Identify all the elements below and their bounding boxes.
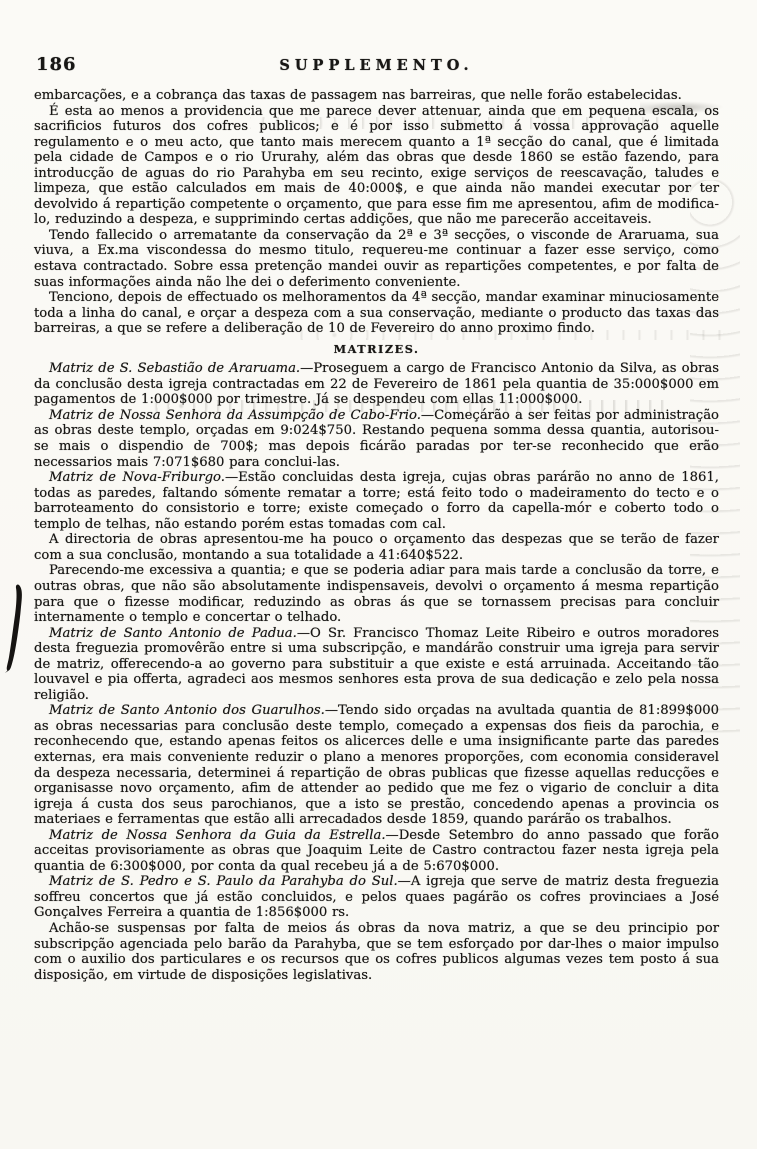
paragraph-text: —Tendo sido orçadas na avultada quantia … bbox=[34, 703, 719, 827]
matriz-title: Matriz de Santo Antonio dos Guarulhos. bbox=[49, 703, 325, 718]
paragraph: Matriz de Nova-Friburgo.—Estão concluida… bbox=[34, 470, 719, 532]
document-page: 186 SUPPLEMENTO. embarcações, e a cobran… bbox=[0, 0, 757, 1149]
paragraph-text: Parecendo-me excessiva a quantia; e que … bbox=[34, 563, 719, 625]
paragraph-text: É esta ao menos a providencia que me par… bbox=[34, 104, 719, 228]
paragraph: Matriz de Nossa Senhora da Assumpção de … bbox=[34, 408, 719, 470]
page-title: SUPPLEMENTO. bbox=[34, 57, 719, 74]
matriz-title: Matriz de Santo Antonio de Padua. bbox=[49, 626, 297, 641]
paragraph: Matriz de Santo Antonio dos Guarulhos.—T… bbox=[34, 703, 719, 827]
paragraph-text: embarcações, e a cobrança das taxas de p… bbox=[34, 88, 682, 103]
paragraph: Matriz de Nossa Senhora da Guia da Estre… bbox=[34, 828, 719, 875]
matriz-title: Matriz de S. Pedro e S. Paulo da Parahyb… bbox=[49, 874, 398, 889]
paragraph: A directoria de obras apresentou-me ha p… bbox=[34, 532, 719, 563]
paragraph: Tendo fallecido o arrematante da conserv… bbox=[34, 228, 719, 290]
scanned-document-page: { "page": { "number": "186", "header_tit… bbox=[0, 0, 757, 1149]
paragraph-text: Tendo fallecido o arrematante da conserv… bbox=[34, 228, 719, 290]
paragraph-text: Achão-se suspensas por falta de meios ás… bbox=[34, 921, 719, 983]
paragraph-text: Tenciono, depois de effectuado os melhor… bbox=[34, 290, 719, 336]
paragraph: Parecendo-me excessiva a quantia; e que … bbox=[34, 563, 719, 625]
paragraph: Tenciono, depois de effectuado os melhor… bbox=[34, 290, 719, 337]
paragraph: Matriz de S. Pedro e S. Paulo da Parahyb… bbox=[34, 874, 719, 921]
matriz-title: Matriz de Nossa Senhora da Guia da Estre… bbox=[49, 828, 386, 843]
paragraph: É esta ao menos a providencia que me par… bbox=[34, 104, 719, 228]
paragraph: Matriz de S. Sebastião de Araruama.—Pros… bbox=[34, 361, 719, 408]
section-heading-matrizes: MATRIZES. bbox=[34, 342, 719, 358]
paragraph: Achão-se suspensas por falta de meios ás… bbox=[34, 921, 719, 983]
paragraph: Matriz de Santo Antonio de Padua.—O Sr. … bbox=[34, 626, 719, 704]
document-body: embarcações, e a cobrança das taxas de p… bbox=[34, 88, 719, 983]
matriz-title: Matriz de Nova-Friburgo. bbox=[49, 470, 225, 485]
paragraph-text: A directoria de obras apresentou-me ha p… bbox=[34, 532, 719, 563]
matriz-title: Matriz de S. Sebastião de Araruama. bbox=[49, 361, 300, 376]
paragraph: embarcações, e a cobrança das taxas de p… bbox=[34, 88, 719, 104]
page-header: 186 SUPPLEMENTO. bbox=[34, 52, 719, 82]
ink-smudge bbox=[3, 583, 29, 675]
matriz-title: Matriz de Nossa Senhora da Assumpção de … bbox=[49, 408, 421, 423]
